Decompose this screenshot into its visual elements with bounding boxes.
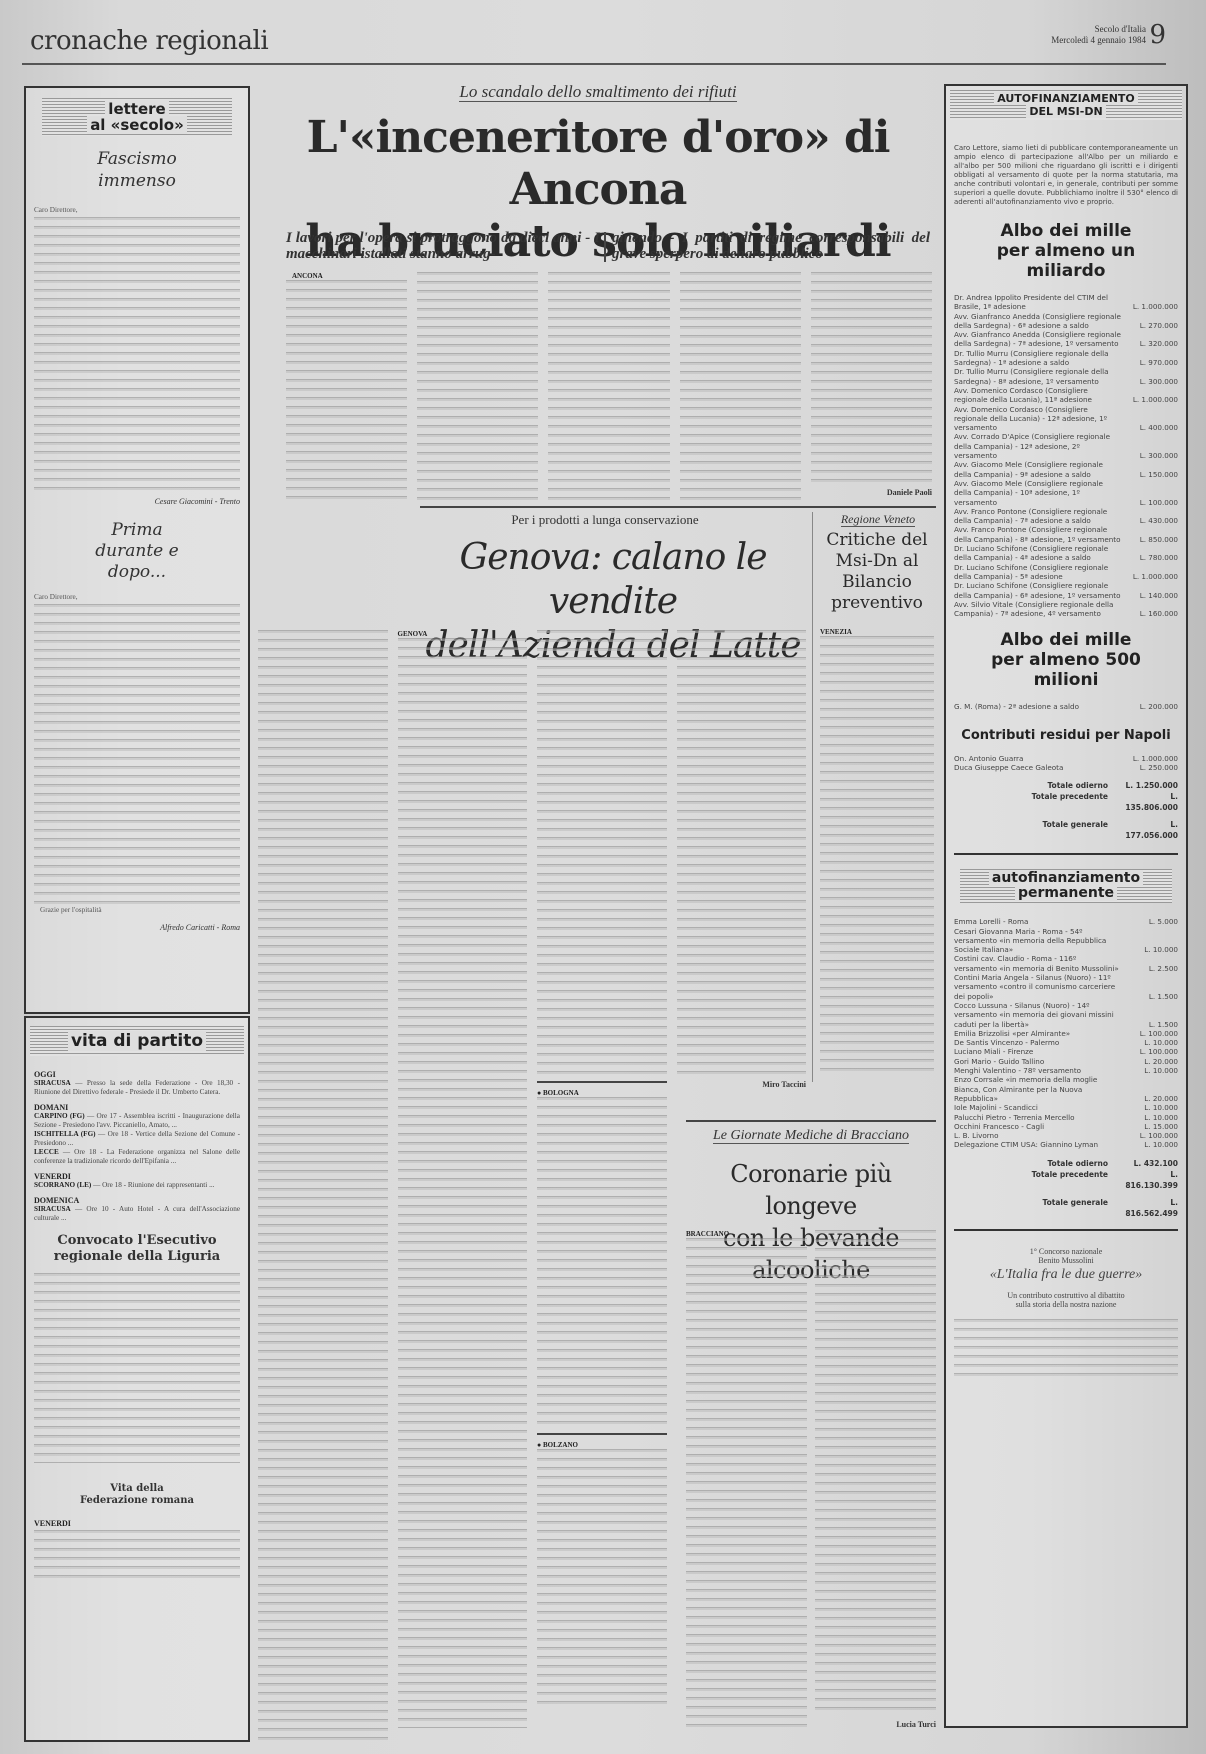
contribution-row: Emilia Brizzolisi «per Almirante»L. 100.… bbox=[954, 1029, 1178, 1038]
roma-day: VENERDI bbox=[34, 1519, 240, 1528]
total-value: L. 1.250.000 bbox=[1116, 780, 1178, 791]
contributor-name: Avv. Gianfranco Anedda (Consigliere regi… bbox=[954, 312, 1121, 331]
bolzano-text bbox=[537, 1449, 667, 1709]
permanente-header: autofinanziamento permanente bbox=[960, 869, 1172, 903]
genova-col-1: GENOVA bbox=[398, 630, 528, 1740]
contribution-row: L. B. LivornoL. 100.000 bbox=[954, 1131, 1178, 1140]
contribution-amount: L. 100.000 bbox=[1121, 1131, 1178, 1140]
contribution-row: Avv. Domenico Cordasco (Consigliere regi… bbox=[954, 405, 1178, 433]
contribution-row: Duca Giuseppe Caece GaleotaL. 250.000 bbox=[954, 763, 1178, 772]
contribution-amount: L. 100.000 bbox=[1121, 498, 1178, 507]
agenda-place: CARPINO (FG) bbox=[34, 1112, 85, 1120]
genova-side-text bbox=[258, 630, 388, 1740]
top-rule bbox=[22, 63, 1166, 65]
veneto-kicker-text: Regione Veneto bbox=[841, 512, 915, 527]
veneto-headline: Critiche del Msi-Dn al Bilancio preventi… bbox=[822, 530, 932, 614]
permanente-header-line1: autofinanziamento bbox=[989, 870, 1143, 886]
contributor-name: Contini Maria Angela - Silanus (Nuoro) -… bbox=[954, 973, 1121, 1001]
contribution-amount: L. 270.000 bbox=[1121, 321, 1178, 330]
deck-divider bbox=[604, 232, 606, 262]
agenda-place: ISCHITELLA (FG) bbox=[34, 1130, 96, 1138]
agenda-day: DOMANI bbox=[34, 1103, 240, 1112]
contribution-amount: L. 780.000 bbox=[1121, 553, 1178, 562]
contributor-name: Avv. Franco Pontone (Consigliere regiona… bbox=[954, 507, 1121, 526]
contributor-name: Enzo Corrsale «in memoria della moglie B… bbox=[954, 1075, 1121, 1103]
agenda-item: LECCE — Ore 18 - La Federazione organizz… bbox=[34, 1148, 240, 1166]
agenda-place: SIRACUSA bbox=[34, 1079, 71, 1087]
permanente-header-line2: permanente bbox=[1015, 885, 1117, 901]
contribution-row: Luciano Miali - FirenzeL. 100.000 bbox=[954, 1047, 1178, 1056]
albo2-list: G. M. (Roma) - 2ª adesione a saldoL. 200… bbox=[954, 702, 1178, 711]
contribution-row: Gori Mario - Guido TallinoL. 20.000 bbox=[954, 1057, 1178, 1066]
bracciano-top-rule bbox=[686, 1120, 936, 1122]
permanente-list: Emma Lorelli - RomaL. 5.000Cesari Giovan… bbox=[954, 917, 1178, 1149]
contribution-amount: L. 250.000 bbox=[1121, 763, 1178, 772]
permanente-grand-total: Totale generale L. 816.562.499 bbox=[954, 1197, 1178, 1219]
contribution-row: Dr. Luciano Schifone (Consigliere region… bbox=[954, 563, 1178, 582]
contribution-amount: L. 150.000 bbox=[1121, 470, 1178, 479]
genova-signature: Miro Taccini bbox=[677, 1080, 807, 1089]
contribution-row: Dr. Luciano Schifone (Consigliere region… bbox=[954, 544, 1178, 563]
bracciano-kicker: Le Giornate Mediche di Bracciano bbox=[686, 1128, 936, 1144]
contributor-name: Avv. Franco Pontone (Consigliere regiona… bbox=[954, 525, 1121, 544]
liguria-body bbox=[34, 1273, 240, 1463]
agenda-day: DOMENICA bbox=[34, 1196, 240, 1205]
permanente-grand-total-label: Totale generale bbox=[1043, 1197, 1109, 1219]
genova-text-3 bbox=[677, 630, 807, 1080]
letter1-salutation: Caro Direttore, bbox=[34, 206, 240, 215]
genova-col-2: ● BOLOGNA ● BOLZANO bbox=[537, 630, 667, 1740]
contributor-name: Avv. Domenico Cordasco (Consigliere regi… bbox=[954, 386, 1121, 405]
total-value: L. 432.100 bbox=[1116, 1158, 1178, 1169]
contribution-row: Cesari Giovanna Maria - Roma - 54º versa… bbox=[954, 927, 1178, 955]
bracciano-col-2: Lucia Turci bbox=[815, 1230, 936, 1740]
incinerator-col-5: Daniele Paoli bbox=[811, 272, 932, 502]
contribution-amount: L. 10.000 bbox=[1121, 1103, 1178, 1112]
contributor-name: Avv. Gianfranco Anedda (Consigliere regi… bbox=[954, 330, 1121, 349]
agenda-place: SIRACUSA bbox=[34, 1205, 71, 1213]
agenda-day: OGGI bbox=[34, 1070, 240, 1079]
contributor-name: Dr. Luciano Schifone (Consigliere region… bbox=[954, 544, 1121, 563]
contribution-amount: L. 20.000 bbox=[1121, 1094, 1178, 1103]
total-row: Totale precedenteL. 135.806.000 bbox=[954, 791, 1178, 813]
incinerator-text-2 bbox=[417, 272, 538, 502]
contribution-row: Iole Majolini - ScandicciL. 10.000 bbox=[954, 1103, 1178, 1112]
concorso-block: 1° Concorso nazionale Benito Mussolini «… bbox=[954, 1247, 1178, 1381]
contributor-name: On. Antonio Guarra bbox=[954, 754, 1121, 763]
autofin-header-line2: DEL MSI-DN bbox=[1026, 105, 1105, 118]
agenda-day: VENERDI bbox=[34, 1172, 240, 1181]
bracciano-signature: Lucia Turci bbox=[815, 1720, 936, 1729]
agenda-list: OGGISIRACUSA — Presso la sede della Fede… bbox=[34, 1070, 240, 1223]
total-label: Totale odierno bbox=[1047, 780, 1108, 791]
napoli-list: On. Antonio GuarraL. 1.000.000Duca Giuse… bbox=[954, 754, 1178, 773]
contribution-amount: L. 1.000.000 bbox=[1121, 395, 1178, 404]
contribution-amount: L. 1.500 bbox=[1121, 992, 1178, 1001]
contribution-row: Emma Lorelli - RomaL. 5.000 bbox=[954, 917, 1178, 926]
roma-title: Vita della Federazione romana bbox=[76, 1483, 198, 1507]
contribution-amount: L. 15.000 bbox=[1121, 1122, 1178, 1131]
contribution-amount: L. 200.000 bbox=[1121, 702, 1178, 711]
contribution-row: Avv. Gianfranco Anedda (Consigliere regi… bbox=[954, 312, 1178, 331]
contribution-row: G. M. (Roma) - 2ª adesione a saldoL. 200… bbox=[954, 702, 1178, 711]
bologna-dateline: ● BOLOGNA bbox=[537, 1089, 667, 1097]
vita-header-label: vita di partito bbox=[68, 1031, 206, 1051]
incinerator-deck-left: I lavori per l'opera si protraggono da d… bbox=[286, 230, 600, 262]
contribution-row: Occhini Francesco - CagliL. 15.000 bbox=[954, 1122, 1178, 1131]
contribution-row: Avv. Franco Pontone (Consigliere regiona… bbox=[954, 507, 1178, 526]
permanente-grand-total-value: L. 816.562.499 bbox=[1116, 1197, 1178, 1219]
agenda-text: — Ore 18 - Riunione dei rappresentanti .… bbox=[93, 1181, 214, 1189]
bologna-rule bbox=[537, 1081, 667, 1083]
contributor-name: L. B. Livorno bbox=[954, 1131, 1121, 1140]
contributor-name: Cesari Giovanna Maria - Roma - 54º versa… bbox=[954, 927, 1121, 955]
letter1-signature: Cesare Giacomini - Trento bbox=[34, 497, 240, 506]
bracciano-text-2 bbox=[815, 1230, 936, 1710]
bracciano-text-1 bbox=[686, 1238, 807, 1733]
newspaper-name: Secolo d'Italia bbox=[1051, 24, 1146, 35]
contribution-row: Avv. Corrado D'Apice (Consigliere region… bbox=[954, 432, 1178, 460]
total-label: Totale odierno bbox=[1047, 1158, 1108, 1169]
autofin-header-line1: AUTOFINANZIAMENTO bbox=[994, 92, 1138, 105]
letter2-body bbox=[34, 604, 240, 904]
contributor-name: Costini cav. Claudio - Roma - 116º versa… bbox=[954, 954, 1121, 973]
contributor-name: Emilia Brizzolisi «per Almirante» bbox=[954, 1029, 1121, 1038]
incinerator-text-1 bbox=[286, 280, 407, 500]
incinerator-text-3 bbox=[548, 272, 669, 502]
contributor-name: Duca Giuseppe Caece Galeota bbox=[954, 763, 1121, 772]
contribution-amount: L. 300.000 bbox=[1121, 451, 1178, 460]
autofinanziamento-box: AUTOFINANZIAMENTO DEL MSI-DN Caro Lettor… bbox=[944, 84, 1188, 1728]
incinerator-headline-line1: L'«inceneritore d'oro» di Ancona bbox=[258, 112, 938, 216]
contributor-name: De Santis Vincenzo - Palermo bbox=[954, 1038, 1121, 1047]
contribution-row: Enzo Corrsale «in memoria della moglie B… bbox=[954, 1075, 1178, 1103]
section-title: cronache regionali bbox=[30, 26, 268, 56]
total-row: Totale odiernoL. 432.100 bbox=[954, 1158, 1178, 1169]
contribution-amount: L. 10.000 bbox=[1121, 1113, 1178, 1122]
incinerator-columns: ANCONA Daniele Paoli bbox=[286, 272, 932, 502]
contributor-name: Avv. Silvio Vitale (Consigliere regional… bbox=[954, 600, 1121, 619]
permanente-totals: Totale odiernoL. 432.100Totale precedent… bbox=[954, 1158, 1178, 1191]
contribution-row: Avv. Gianfranco Anedda (Consigliere regi… bbox=[954, 330, 1178, 349]
incinerator-kicker: Lo scandalo dello smaltimento dei rifiut… bbox=[258, 82, 938, 102]
contribution-row: De Santis Vincenzo - PalermoL. 10.000 bbox=[954, 1038, 1178, 1047]
contribution-amount: L. 5.000 bbox=[1121, 917, 1178, 926]
agenda-place: LECCE bbox=[34, 1148, 59, 1156]
albo1-title: Albo dei mille per almeno un miliardo bbox=[986, 221, 1146, 281]
agenda-item: SIRACUSA — Ore 10 - Auto Hotel - A cura … bbox=[34, 1205, 240, 1223]
contributor-name: Palucchi Pietro - Terrenia Mercello bbox=[954, 1113, 1121, 1122]
contribution-row: Costini cav. Claudio - Roma - 116º versa… bbox=[954, 954, 1178, 973]
agenda-text: — Ore 18 - La Federazione organizza nel … bbox=[34, 1148, 240, 1165]
contribution-amount: L. 10.000 bbox=[1121, 1038, 1178, 1047]
concorso-line2: Benito Mussolini bbox=[954, 1256, 1178, 1265]
contribution-amount: L. 1.000.000 bbox=[1121, 572, 1178, 581]
incinerator-dateline: ANCONA bbox=[292, 272, 407, 280]
vita-header: vita di partito bbox=[30, 1026, 244, 1056]
contributor-name: Avv. Domenico Cordasco (Consigliere regi… bbox=[954, 405, 1121, 433]
letters-box: lettere al «secolo» Fascismo immenso Car… bbox=[24, 86, 250, 1014]
contributor-name: Avv. Corrado D'Apice (Consigliere region… bbox=[954, 432, 1121, 460]
letters-header: lettere al «secolo» bbox=[42, 98, 232, 136]
contribution-row: Avv. Silvio Vitale (Consigliere regional… bbox=[954, 600, 1178, 619]
letter1-title: Fascismo immenso bbox=[76, 148, 198, 192]
bolzano-label: BOLZANO bbox=[543, 1441, 578, 1449]
incinerator-signature: Daniele Paoli bbox=[811, 488, 932, 497]
total-label: Totale precedente bbox=[1032, 791, 1108, 813]
contribution-row: Dr. Andrea Ippolito Presidente del CTIM … bbox=[954, 293, 1178, 312]
contribution-amount: L. 300.000 bbox=[1121, 377, 1178, 386]
agenda-item: SIRACUSA — Presso la sede della Federazi… bbox=[34, 1079, 240, 1097]
bracciano-headline-line1: Coronarie più longeve bbox=[686, 1158, 936, 1222]
contribution-row: Dr. Tullio Murru (Consigliere regionale … bbox=[954, 367, 1178, 386]
total-value: L. 816.130.399 bbox=[1116, 1169, 1178, 1191]
letters-header-line2: al «secolo» bbox=[87, 116, 187, 134]
total-label: Totale precedente bbox=[1032, 1169, 1108, 1191]
letter2-closing: Grazie per l'ospitalità bbox=[40, 906, 240, 915]
concorso-line1: 1° Concorso nazionale bbox=[954, 1247, 1178, 1256]
contribution-amount: L. 160.000 bbox=[1121, 609, 1178, 618]
bracciano-dateline: BRACCIANO bbox=[686, 1230, 807, 1238]
contributor-name: Iole Majolini - Scandicci bbox=[954, 1103, 1121, 1112]
autofin-divider bbox=[954, 853, 1178, 855]
bologna-text bbox=[537, 1097, 667, 1427]
napoli-grand-total-label: Totale generale bbox=[1043, 819, 1109, 841]
veneto-divider bbox=[812, 512, 813, 1082]
contribution-amount: L. 850.000 bbox=[1121, 535, 1178, 544]
contribution-amount: L. 970.000 bbox=[1121, 358, 1178, 367]
contribution-amount: L. 1.000.000 bbox=[1121, 754, 1178, 763]
agenda-item: ISCHITELLA (FG) — Ore 18 - Vertice della… bbox=[34, 1130, 240, 1148]
autofin-header: AUTOFINANZIAMENTO DEL MSI-DN bbox=[950, 90, 1182, 120]
genova-dateline: GENOVA bbox=[398, 630, 528, 638]
genova-text-1 bbox=[398, 638, 528, 1728]
napoli-title: Contributi residui per Napoli bbox=[950, 726, 1182, 746]
contributor-name: Dr. Tullio Murru (Consigliere regionale … bbox=[954, 367, 1121, 386]
contribution-amount: L. 430.000 bbox=[1121, 516, 1178, 525]
contributor-name: Menghi Valentino - 78º versamento bbox=[954, 1066, 1121, 1075]
incinerator-text-4 bbox=[680, 272, 801, 502]
veneto-dateline: VENEZIA bbox=[820, 628, 934, 636]
contribution-row: Dr. Tullio Murru (Consigliere regionale … bbox=[954, 349, 1178, 368]
liguria-title: Convocato l'Esecutivo regionale della Li… bbox=[46, 1233, 228, 1265]
contributor-name: Dr. Tullio Murru (Consigliere regionale … bbox=[954, 349, 1121, 368]
contribution-amount: L. 10.000 bbox=[1121, 1140, 1178, 1149]
contribution-row: Dr. Luciano Schifone (Consigliere region… bbox=[954, 581, 1178, 600]
contribution-row: Delegazione CTIM USA: Giannino LymanL. 1… bbox=[954, 1140, 1178, 1149]
contributor-name: Gori Mario - Guido Tallino bbox=[954, 1057, 1121, 1066]
contribution-row: Cocco Lussuna - Silanus (Nuoro) - 14º ve… bbox=[954, 1001, 1178, 1029]
contribution-amount: L. 400.000 bbox=[1121, 423, 1178, 432]
contributor-name: Dr. Andrea Ippolito Presidente del CTIM … bbox=[954, 293, 1121, 312]
contribution-row: Palucchi Pietro - Terrenia MercelloL. 10… bbox=[954, 1113, 1178, 1122]
contribution-amount: L. 10.000 bbox=[1121, 945, 1178, 954]
agenda-item: SCORRANO (LE) — Ore 18 - Riunione dei ra… bbox=[34, 1181, 240, 1190]
genova-headline-line1: Genova: calano le vendite bbox=[420, 536, 806, 624]
total-value: L. 135.806.000 bbox=[1116, 791, 1178, 813]
contribution-amount: L. 320.000 bbox=[1121, 339, 1178, 348]
incinerator-bottom-rule bbox=[420, 506, 936, 508]
concorso-title: «L'Italia fra le due guerre» bbox=[954, 1267, 1178, 1283]
contribution-amount: L. 100.000 bbox=[1121, 1047, 1178, 1056]
genova-text-2 bbox=[537, 630, 667, 1075]
contribution-row: Avv. Franco Pontone (Consigliere regiona… bbox=[954, 525, 1178, 544]
masthead-info: Secolo d'Italia Mercoledì 4 gennaio 1984 bbox=[1051, 24, 1146, 46]
agenda-place: SCORRANO (LE) bbox=[34, 1181, 91, 1189]
agenda-item: CARPINO (FG) — Ore 17 - Assemblea iscrit… bbox=[34, 1112, 240, 1130]
incinerator-text-5 bbox=[811, 272, 932, 484]
contribution-amount: L. 2.500 bbox=[1121, 964, 1178, 973]
contributor-name: Delegazione CTIM USA: Giannino Lyman bbox=[954, 1140, 1121, 1149]
concorso-line4: sulla storia della nostra nazione bbox=[954, 1300, 1178, 1309]
bologna-label: BOLOGNA bbox=[543, 1089, 579, 1097]
contribution-row: On. Antonio GuarraL. 1.000.000 bbox=[954, 754, 1178, 763]
contributor-name: Avv. Giacomo Mele (Consigliere regionale… bbox=[954, 460, 1121, 479]
letter2-title: Prima durante e dopo... bbox=[86, 520, 188, 583]
permanente-divider bbox=[954, 1229, 1178, 1231]
total-row: Totale odiernoL. 1.250.000 bbox=[954, 780, 1178, 791]
letter2-salutation: Caro Direttore, bbox=[34, 593, 240, 602]
letter1-body bbox=[34, 217, 240, 495]
genova-kicker: Per i prodotti a lunga conservazione bbox=[420, 512, 790, 528]
roma-body bbox=[34, 1530, 240, 1584]
contributor-name: Cocco Lussuna - Silanus (Nuoro) - 14º ve… bbox=[954, 1001, 1121, 1029]
bracciano-kicker-text: Le Giornate Mediche di Bracciano bbox=[713, 1128, 909, 1144]
contribution-amount: L. 140.000 bbox=[1121, 591, 1178, 600]
bracciano-columns: BRACCIANO Lucia Turci bbox=[686, 1230, 936, 1740]
page-number: 9 bbox=[1149, 20, 1166, 50]
contributor-name: Avv. Giacomo Mele (Consigliere regionale… bbox=[954, 479, 1121, 507]
contributor-name: G. M. (Roma) - 2ª adesione a saldo bbox=[954, 702, 1121, 711]
incinerator-deck-right: ginendo - I partiti di regime correspons… bbox=[612, 230, 930, 262]
autofin-intro: Caro Lettore, siamo lieti di pubblicare … bbox=[954, 144, 1178, 207]
contributor-name: Occhini Francesco - Cagli bbox=[954, 1122, 1121, 1131]
contribution-amount: L. 1.500 bbox=[1121, 1020, 1178, 1029]
contribution-amount: L. 1.000.000 bbox=[1121, 302, 1178, 311]
contribution-amount: L. 20.000 bbox=[1121, 1057, 1178, 1066]
incinerator-col-1: ANCONA bbox=[286, 272, 407, 502]
napoli-totals: Totale odiernoL. 1.250.000Totale precede… bbox=[954, 780, 1178, 813]
total-row: Totale precedenteL. 816.130.399 bbox=[954, 1169, 1178, 1191]
contributor-name: Luciano Miali - Firenze bbox=[954, 1047, 1121, 1056]
letter2-signature: Alfredo Caricatti - Roma bbox=[34, 923, 240, 932]
issue-date: Mercoledì 4 gennaio 1984 bbox=[1051, 35, 1146, 46]
albo1-list: Dr. Andrea Ippolito Presidente del CTIM … bbox=[954, 293, 1178, 618]
bracciano-col-1: BRACCIANO bbox=[686, 1230, 807, 1740]
contribution-row: Contini Maria Angela - Silanus (Nuoro) -… bbox=[954, 973, 1178, 1001]
contribution-amount: L. 10.000 bbox=[1121, 1066, 1178, 1075]
contribution-row: Avv. Giacomo Mele (Consigliere regionale… bbox=[954, 479, 1178, 507]
contribution-row: Avv. Domenico Cordasco (Consigliere regi… bbox=[954, 386, 1178, 405]
bolzano-dateline: ● BOLZANO bbox=[537, 1441, 667, 1449]
napoli-grand-total: Totale generale L. 177.056.000 bbox=[954, 819, 1178, 841]
contribution-row: Menghi Valentino - 78º versamentoL. 10.0… bbox=[954, 1066, 1178, 1075]
vita-di-partito-box: vita di partito OGGISIRACUSA — Presso la… bbox=[24, 1016, 250, 1742]
concorso-line3: Un contributo costruttivo al dibattito bbox=[954, 1291, 1178, 1300]
veneto-kicker: Regione Veneto bbox=[820, 512, 936, 527]
concorso-body bbox=[954, 1319, 1178, 1381]
veneto-body: VENEZIA bbox=[820, 628, 934, 1076]
contributor-name: Dr. Luciano Schifone (Consigliere region… bbox=[954, 563, 1121, 582]
napoli-grand-total-value: L. 177.056.000 bbox=[1116, 819, 1178, 841]
contribution-amount: L. 100.000 bbox=[1121, 1029, 1178, 1038]
contributor-name: Emma Lorelli - Roma bbox=[954, 917, 1121, 926]
veneto-text bbox=[820, 636, 934, 1076]
incinerator-kicker-text: Lo scandalo dello smaltimento dei rifiut… bbox=[459, 82, 736, 102]
bolzano-rule bbox=[537, 1433, 667, 1435]
contributor-name: Dr. Luciano Schifone (Consigliere region… bbox=[954, 581, 1121, 600]
albo2-title: Albo dei mille per almeno 500 milioni bbox=[986, 630, 1146, 690]
contribution-row: Avv. Giacomo Mele (Consigliere regionale… bbox=[954, 460, 1178, 479]
